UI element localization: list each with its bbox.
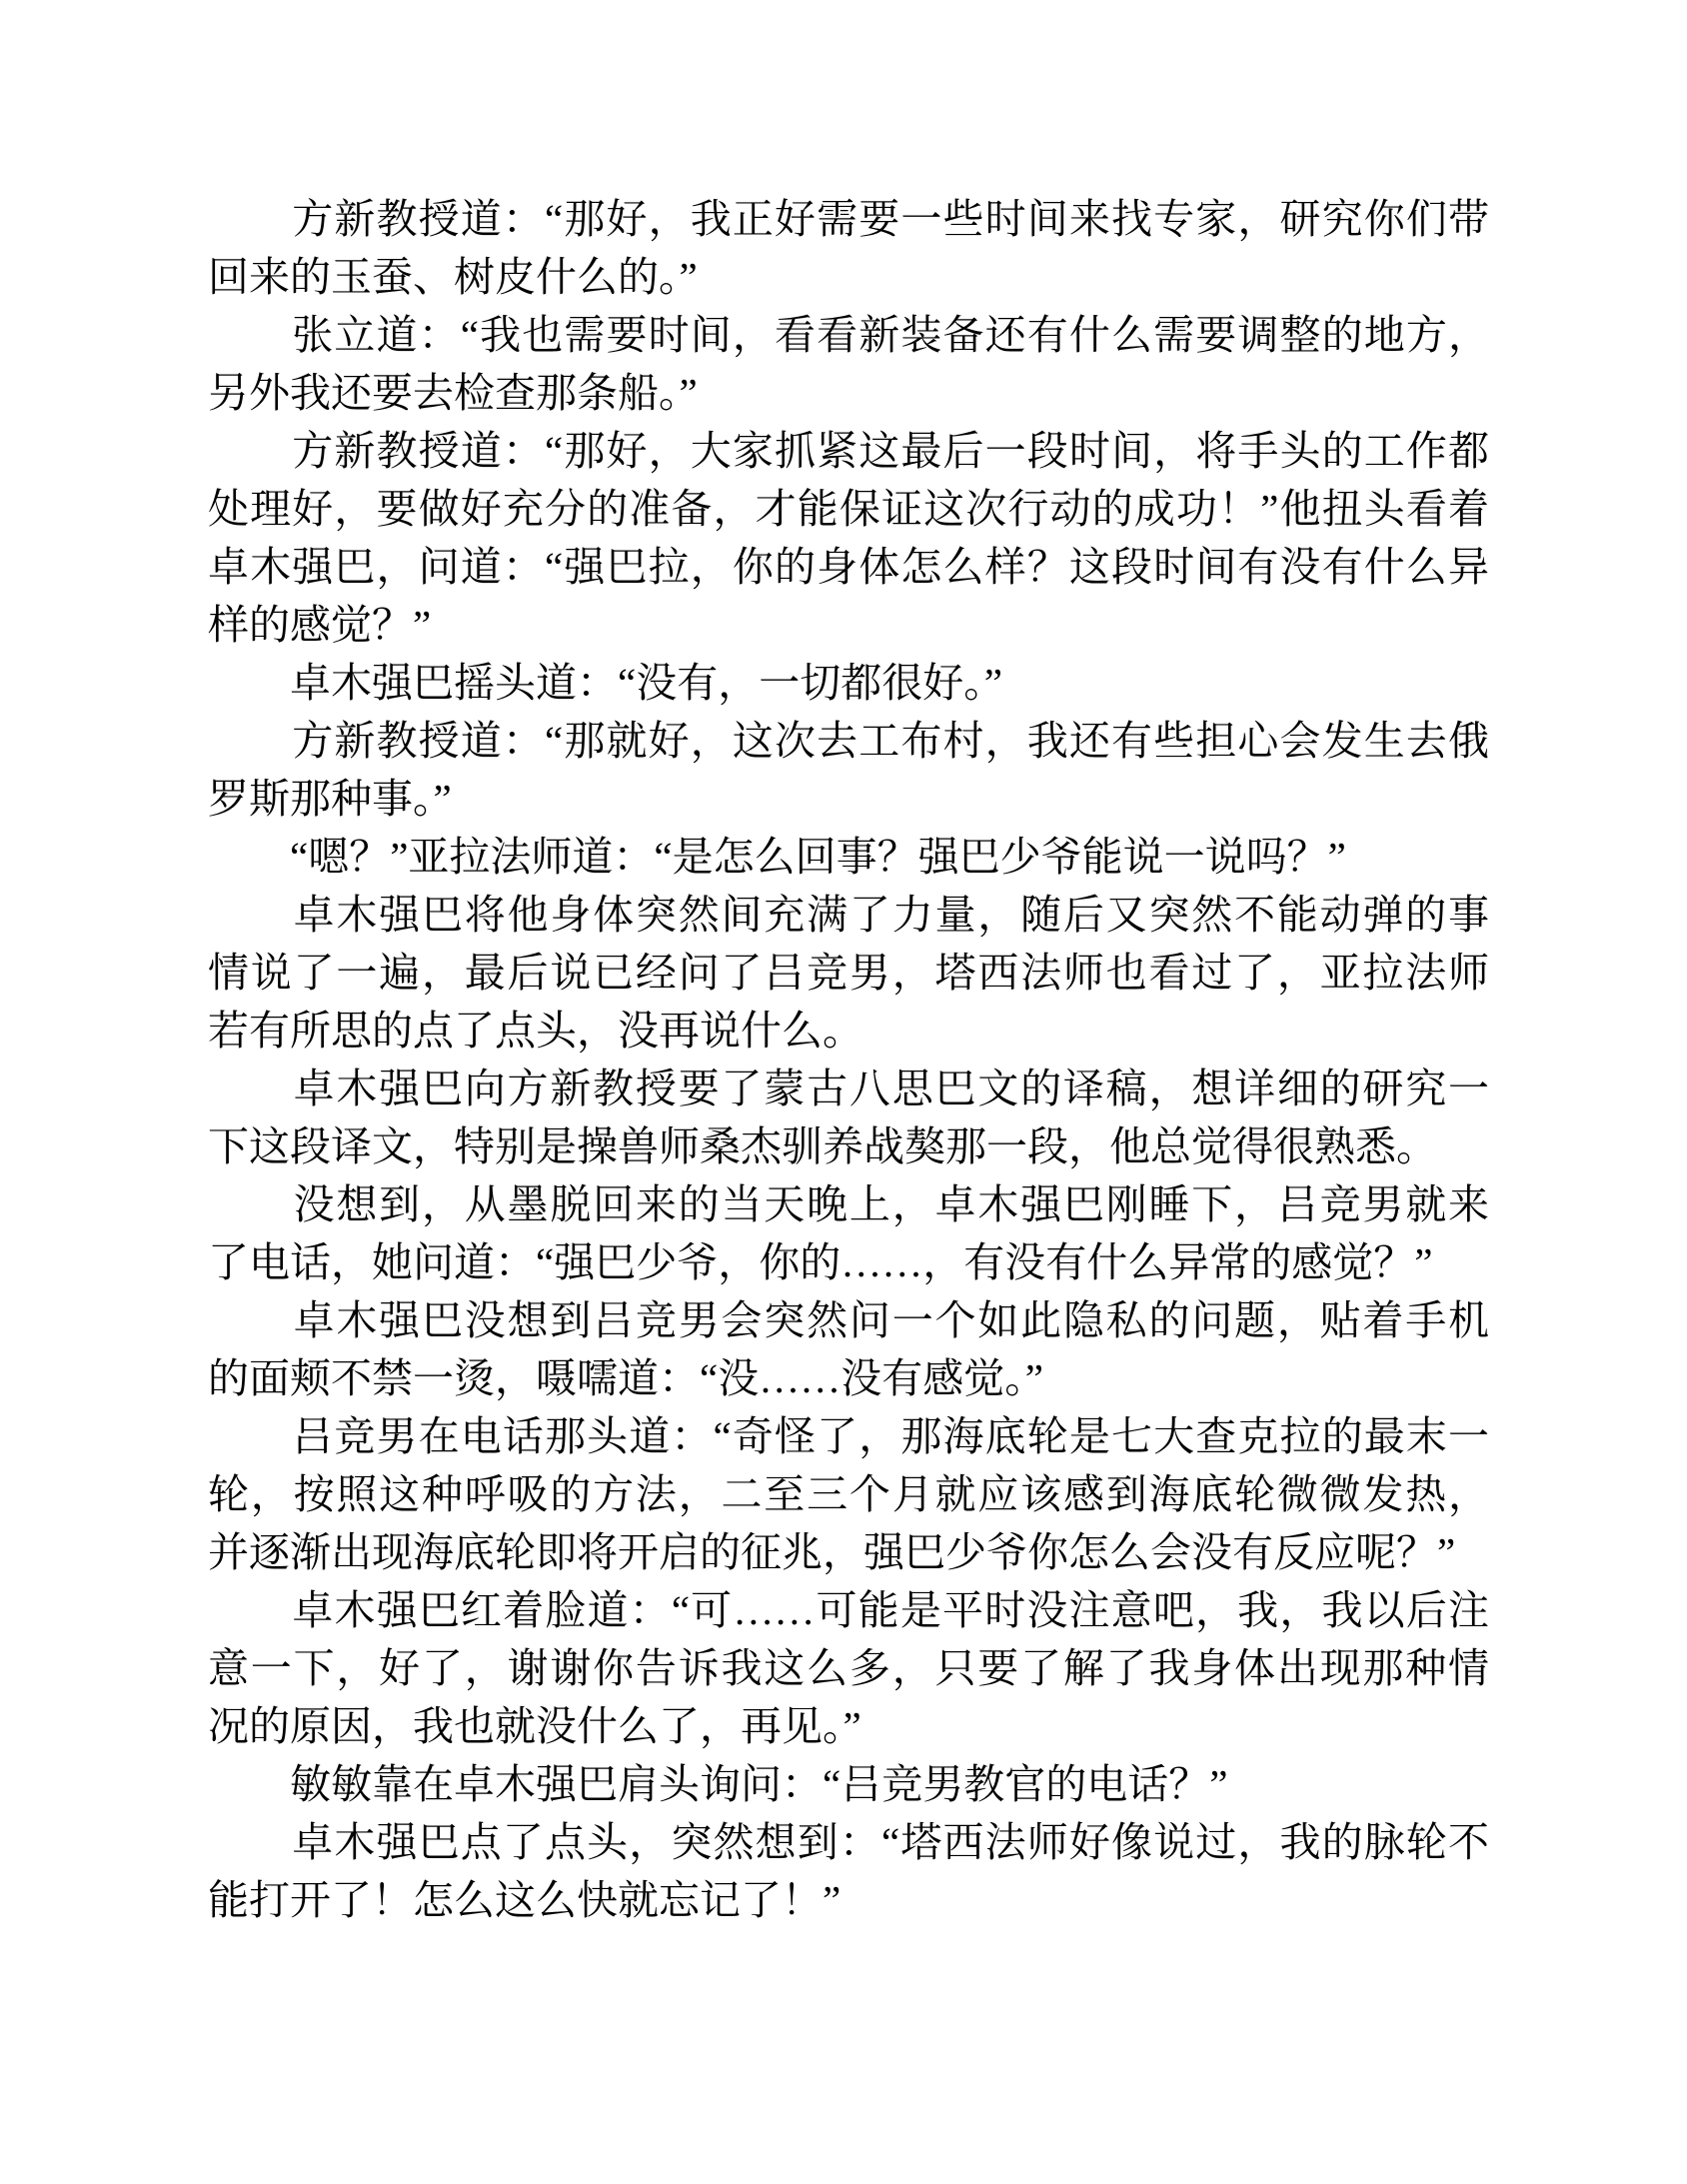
text-line: 若有所思的点了点头，没再说什么。 — [208, 1002, 1489, 1060]
text-line: 情说了一遍，最后说已经问了吕竞男，塔西法师也看过了，亚拉法师 — [208, 944, 1489, 1002]
text-line: 卓木强巴红着脸道：“可……可能是平时没注意吧，我，我以后注 — [208, 1581, 1489, 1639]
text-line: 卓木强巴，问道：“强巴拉，你的身体怎么样？这段时间有没有什么异 — [208, 538, 1489, 596]
text-line: 况的原因，我也就没什么了，再见。” — [208, 1697, 1489, 1755]
text-line: 回来的玉蚕、树皮什么的。” — [208, 248, 1489, 306]
text-line: 下这段译文，特别是操兽师桑杰驯养战獒那一段，他总觉得很熟悉。 — [208, 1117, 1489, 1175]
text-line: 没想到，从墨脱回来的当天晚上，卓木强巴刚睡下，吕竞男就来 — [208, 1175, 1489, 1233]
text-line: 轮，按照这种呼吸的方法，二至三个月就应该感到海底轮微微发热， — [208, 1465, 1489, 1523]
text-line: 能打开了！怎么这么快就忘记了！” — [208, 1871, 1489, 1929]
text-line: 另外我还要去检查那条船。” — [208, 364, 1489, 422]
text-line: 卓木强巴摇头道：“没有，一切都很好。” — [208, 654, 1489, 712]
text-line: 卓木强巴将他身体突然间充满了力量，随后又突然不能动弹的事 — [208, 886, 1489, 944]
document-page: 方新教授道：“那好，我正好需要一些时间来找专家，研究你们带回来的玉蚕、树皮什么的… — [0, 0, 1687, 2184]
text-line: 处理好，要做好充分的准备，才能保证这次行动的成功！”他扭头看着 — [208, 480, 1489, 538]
text-line: 卓木强巴没想到吕竞男会突然问一个如此隐私的问题，贴着手机 — [208, 1291, 1489, 1349]
text-line: 意一下，好了，谢谢你告诉我这么多，只要了解了我身体出现那种情 — [208, 1639, 1489, 1697]
page-text: 方新教授道：“那好，我正好需要一些时间来找专家，研究你们带回来的玉蚕、树皮什么的… — [208, 190, 1489, 1929]
text-line: 卓木强巴向方新教授要了蒙古八思巴文的译稿，想详细的研究一 — [208, 1060, 1489, 1117]
text-line: 方新教授道：“那好，大家抓紧这最后一段时间，将手头的工作都 — [208, 422, 1489, 480]
text-line: 卓木强巴点了点头，突然想到：“塔西法师好像说过，我的脉轮不 — [208, 1813, 1489, 1871]
text-line: “嗯？”亚拉法师道：“是怎么回事？强巴少爷能说一说吗？” — [208, 828, 1489, 886]
text-line: 吕竞男在电话那头道：“奇怪了，那海底轮是七大查克拉的最末一 — [208, 1407, 1489, 1465]
text-line: 的面颊不禁一烫，嗫嚅道：“没……没有感觉。” — [208, 1349, 1489, 1407]
text-line: 了电话，她问道：“强巴少爷，你的……，有没有什么异常的感觉？” — [208, 1233, 1489, 1291]
text-line: 并逐渐出现海底轮即将开启的征兆，强巴少爷你怎么会没有反应呢？” — [208, 1523, 1489, 1581]
text-line: 方新教授道：“那就好，这次去工布村，我还有些担心会发生去俄 — [208, 712, 1489, 770]
text-line: 敏敏靠在卓木强巴肩头询问：“吕竞男教官的电话？” — [208, 1755, 1489, 1813]
text-line: 张立道：“我也需要时间，看看新装备还有什么需要调整的地方， — [208, 306, 1489, 364]
text-line: 样的感觉？” — [208, 596, 1489, 654]
text-line: 方新教授道：“那好，我正好需要一些时间来找专家，研究你们带 — [208, 190, 1489, 248]
text-line: 罗斯那种事。” — [208, 770, 1489, 828]
